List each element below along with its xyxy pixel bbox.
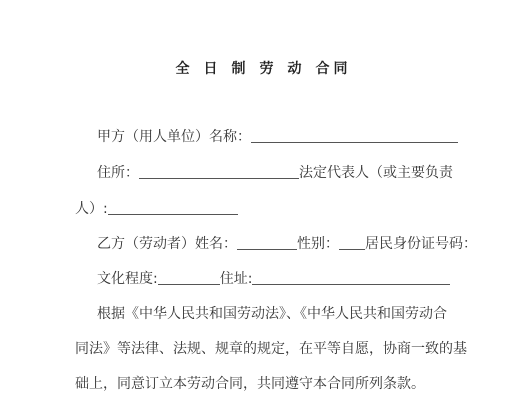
preamble-line-2: 同法》等法律、法规、规章的规定，在平等自愿，协商一致的基 [75,339,467,359]
legal-rep-label: 法定代表人（或主要负责 [299,165,453,181]
title-char: 劳 [260,58,274,78]
title-char: 动 [288,58,302,78]
party-a-name-row: 甲方（用人单位）名称： [97,127,458,147]
title-char: 合同 [316,58,352,78]
preamble-line-1: 根据《中华人民共和国劳动法》、《中华人民共和国劳动合 [97,304,447,324]
legal-rep-label-cont: 人）: [75,201,108,217]
id-number-label: 居民身份证号码： [365,236,477,252]
education-label: 文化程度: [97,271,158,287]
party-a-address-row: 住所：法定代表人（或主要负责 [97,163,453,183]
document-title: 全日制劳动合同 [0,58,527,78]
party-a-name-label: 甲方（用人单位）名称： [97,129,251,145]
preamble-line-3: 础上，同意订立本劳动合同，共同遵守本合同所列条款。 [75,374,425,394]
party-a-name-field[interactable] [251,128,458,143]
party-a-address-label: 住所： [97,165,139,181]
gender-label: 性别： [297,236,339,252]
legal-rep-row: 人）: [75,199,238,219]
party-b-row: 乙方（劳动者）姓名：性别：居民身份证号码： [97,234,477,254]
title-char: 制 [232,58,246,78]
party-b-education-row: 文化程度:住址: [97,269,450,289]
legal-rep-field[interactable] [108,200,238,215]
education-field[interactable] [158,270,220,285]
party-a-address-field[interactable] [139,164,299,179]
gender-field[interactable] [339,235,365,250]
party-b-name-label: 乙方（劳动者）姓名： [97,236,237,252]
party-b-address-field[interactable] [252,270,450,285]
party-b-address-label: 住址: [220,271,253,287]
party-b-name-field[interactable] [237,235,297,250]
title-char: 全 [176,58,190,78]
title-char: 日 [204,58,218,78]
contract-page: 全日制劳动合同 甲方（用人单位）名称： 住所：法定代表人（或主要负责 人）: 乙… [0,0,527,402]
